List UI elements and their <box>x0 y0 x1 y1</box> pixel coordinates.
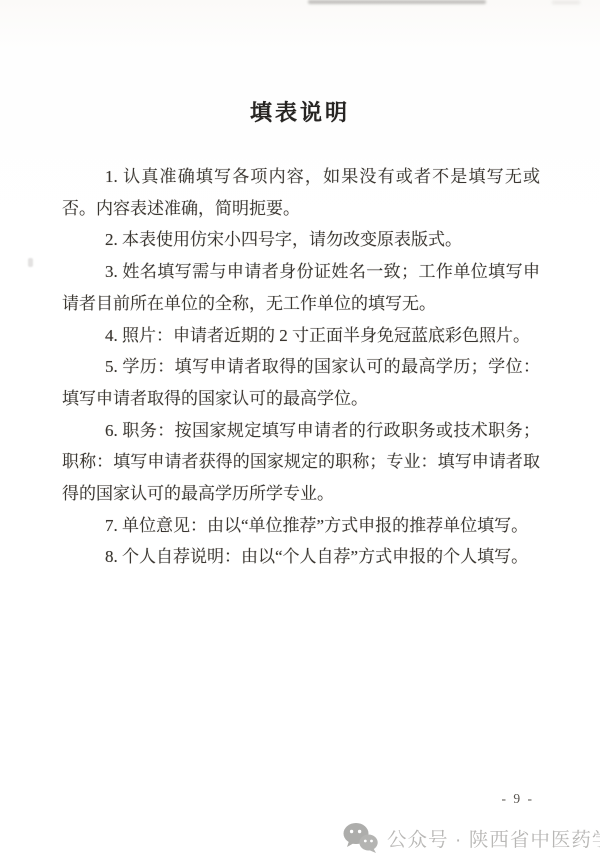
page-number: - 9 - <box>502 791 535 807</box>
scan-header-artifact <box>308 0 486 4</box>
instruction-item-8: 8. 个人自荐说明：由以“个人自荐”方式申报的个人填写。 <box>62 541 540 573</box>
scan-header-artifact-2 <box>552 1 580 4</box>
scan-speck-artifact <box>28 258 33 267</box>
footer-watermark: 公众号 · 陕西省中医药学会 <box>343 822 600 854</box>
instructions-list: 1. 认真准确填写各项内容，如果没有或者不是填写无或否。内容表述准确，简明扼要。… <box>62 161 540 573</box>
page-title: 填表说明 <box>0 96 600 127</box>
instruction-item-1: 1. 认真准确填写各项内容，如果没有或者不是填写无或否。内容表述准确，简明扼要。 <box>62 161 540 224</box>
document-page: 填表说明 1. 认真准确填写各项内容，如果没有或者不是填写无或否。内容表述准确，… <box>0 0 600 861</box>
instruction-item-5: 5. 学历：填写申请者取得的国家认可的最高学历；学位：填写申请者取得的国家认可的… <box>62 351 540 414</box>
instruction-item-3: 3. 姓名填写需与申请者身份证姓名一致；工作单位填写申请者目前所在单位的全称，无… <box>62 256 540 319</box>
instruction-item-2: 2. 本表使用仿宋小四号字，请勿改变原表版式。 <box>62 224 540 256</box>
watermark-text: 公众号 · 陕西省中医药学会 <box>387 824 600 852</box>
wechat-icon <box>343 822 378 854</box>
instruction-item-6: 6. 职务：按国家规定填写申请者的行政职务或技术职务；职称：填写申请者获得的国家… <box>62 415 540 510</box>
instruction-item-4: 4. 照片：申请者近期的 2 寸正面半身免冠蓝底彩色照片。 <box>62 320 540 352</box>
instruction-item-7: 7. 单位意见：由以“单位推荐”方式申报的推荐单位填写。 <box>62 510 540 542</box>
